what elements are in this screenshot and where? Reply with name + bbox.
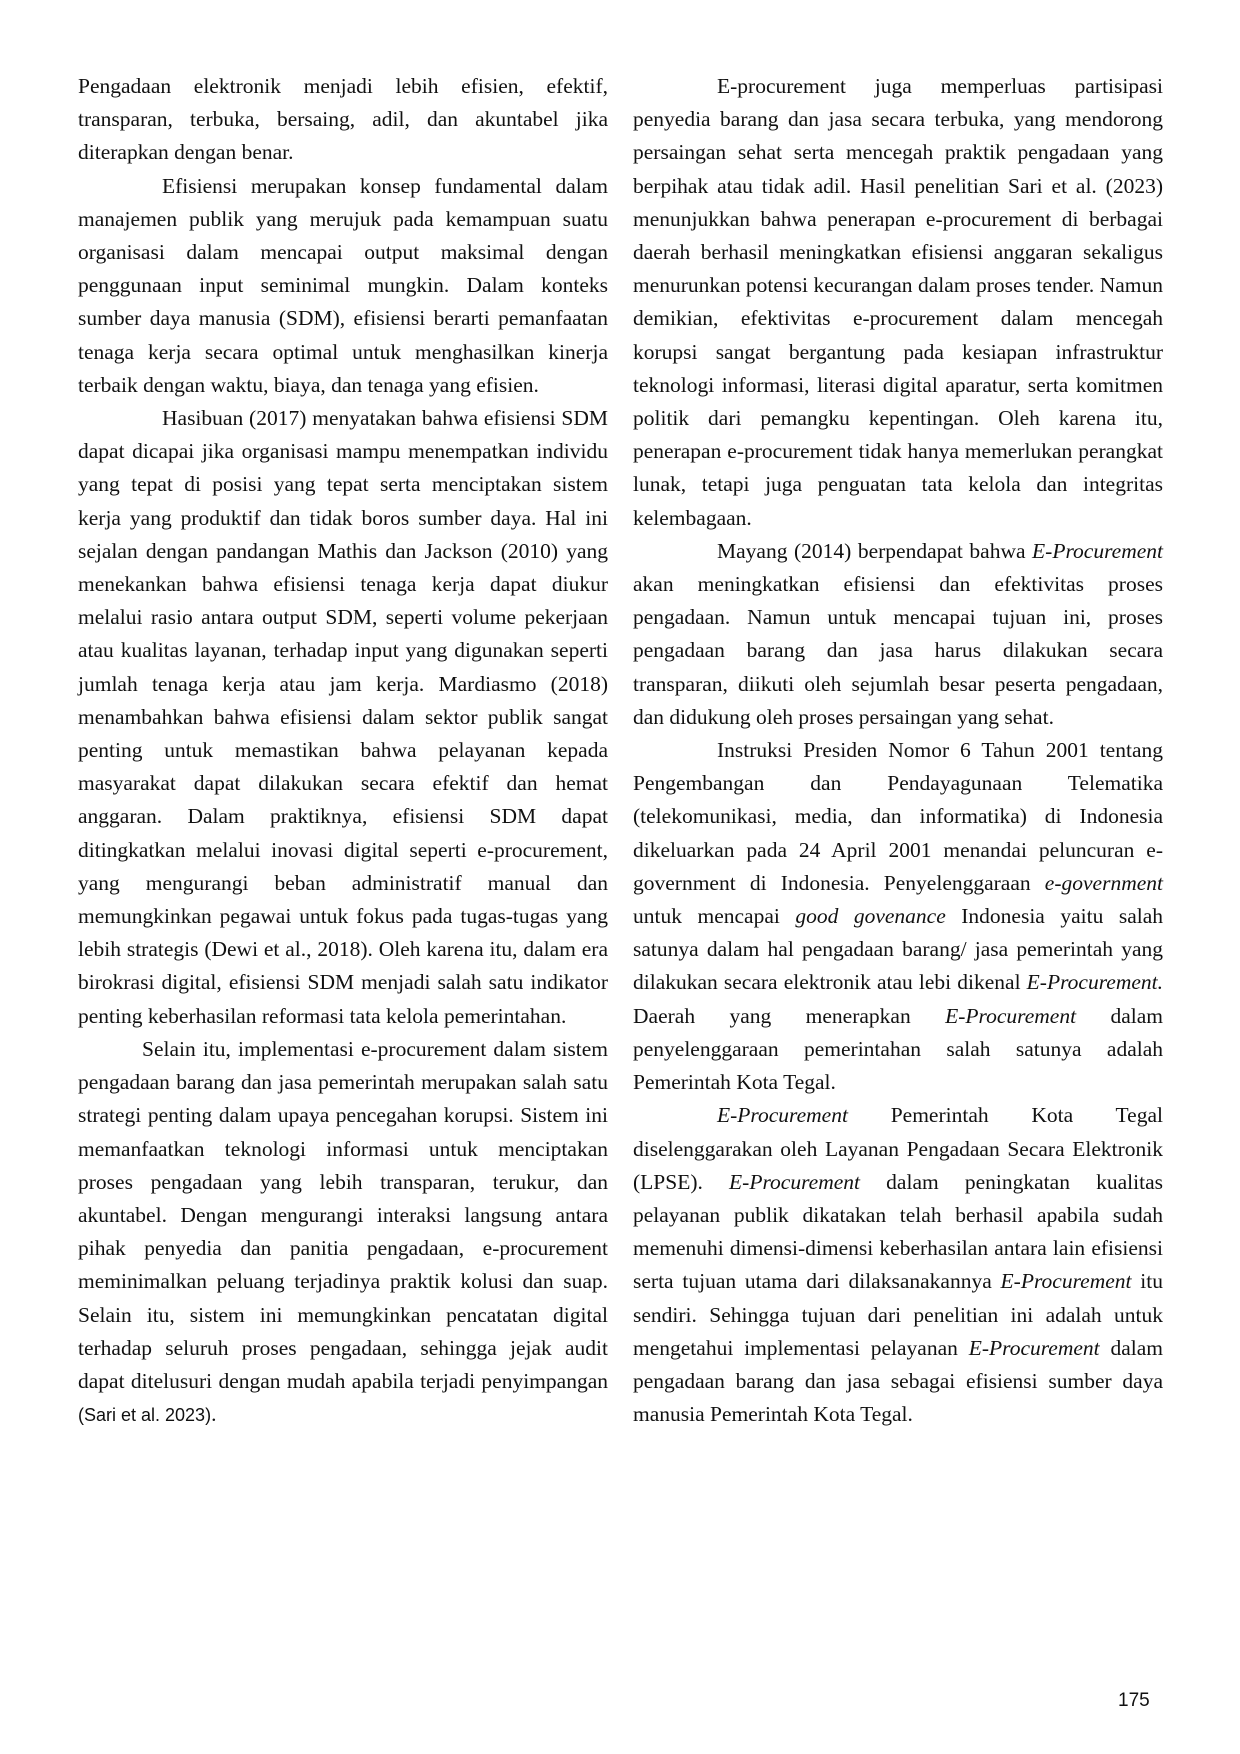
paragraph: Instruksi Presiden Nomor 6 Tahun 2001 te… <box>633 734 1163 1099</box>
paragraph: Pengadaan elektronik menjadi lebih efisi… <box>78 70 608 170</box>
paragraph-text: akan meningkatkan efisiensi dan efektivi… <box>633 572 1163 729</box>
emphasis-term: E-Procurement <box>1032 539 1163 563</box>
paragraph-text: Selain itu, implementasi e-procurement d… <box>78 1037 608 1393</box>
paragraph-text: Mayang (2014) berpendapat bahwa <box>717 539 1032 563</box>
paragraph: Mayang (2014) berpendapat bahwa E-Procur… <box>633 535 1163 734</box>
page-number: 175 <box>1118 1690 1150 1712</box>
left-column: Pengadaan elektronik menjadi lebih efisi… <box>78 70 608 1432</box>
paragraph: Hasibuan (2017) menyatakan bahwa efisien… <box>78 402 608 1033</box>
paragraph-text: Daerah yang menerapkan <box>633 1004 945 1028</box>
emphasis-term: good govenance <box>795 904 945 928</box>
paragraph: E-Procurement Pemerintah Kota Tegal dise… <box>633 1099 1163 1431</box>
emphasis-term: E-Procurement <box>729 1170 860 1194</box>
emphasis-term: E-Procurement <box>717 1103 848 1127</box>
paragraph: E-procurement juga memperluas partisipas… <box>633 70 1163 535</box>
emphasis-term: e-government <box>1045 871 1163 895</box>
emphasis-term: E-Procurement. <box>1027 970 1163 994</box>
emphasis-term: E-Procurement <box>945 1004 1076 1028</box>
right-column: E-procurement juga memperluas partisipas… <box>633 70 1163 1431</box>
paragraph: Selain itu, implementasi e-procurement d… <box>78 1033 608 1432</box>
paragraph-text: untuk mencapai <box>633 904 795 928</box>
citation: (Sari et al. 2023) <box>78 1405 211 1425</box>
paragraph-text: . <box>211 1402 216 1426</box>
emphasis-term: E-Procurement <box>969 1336 1100 1360</box>
paragraph: Efisiensi merupakan konsep fundamental d… <box>78 170 608 402</box>
emphasis-term: E-Procurement <box>1001 1269 1132 1293</box>
